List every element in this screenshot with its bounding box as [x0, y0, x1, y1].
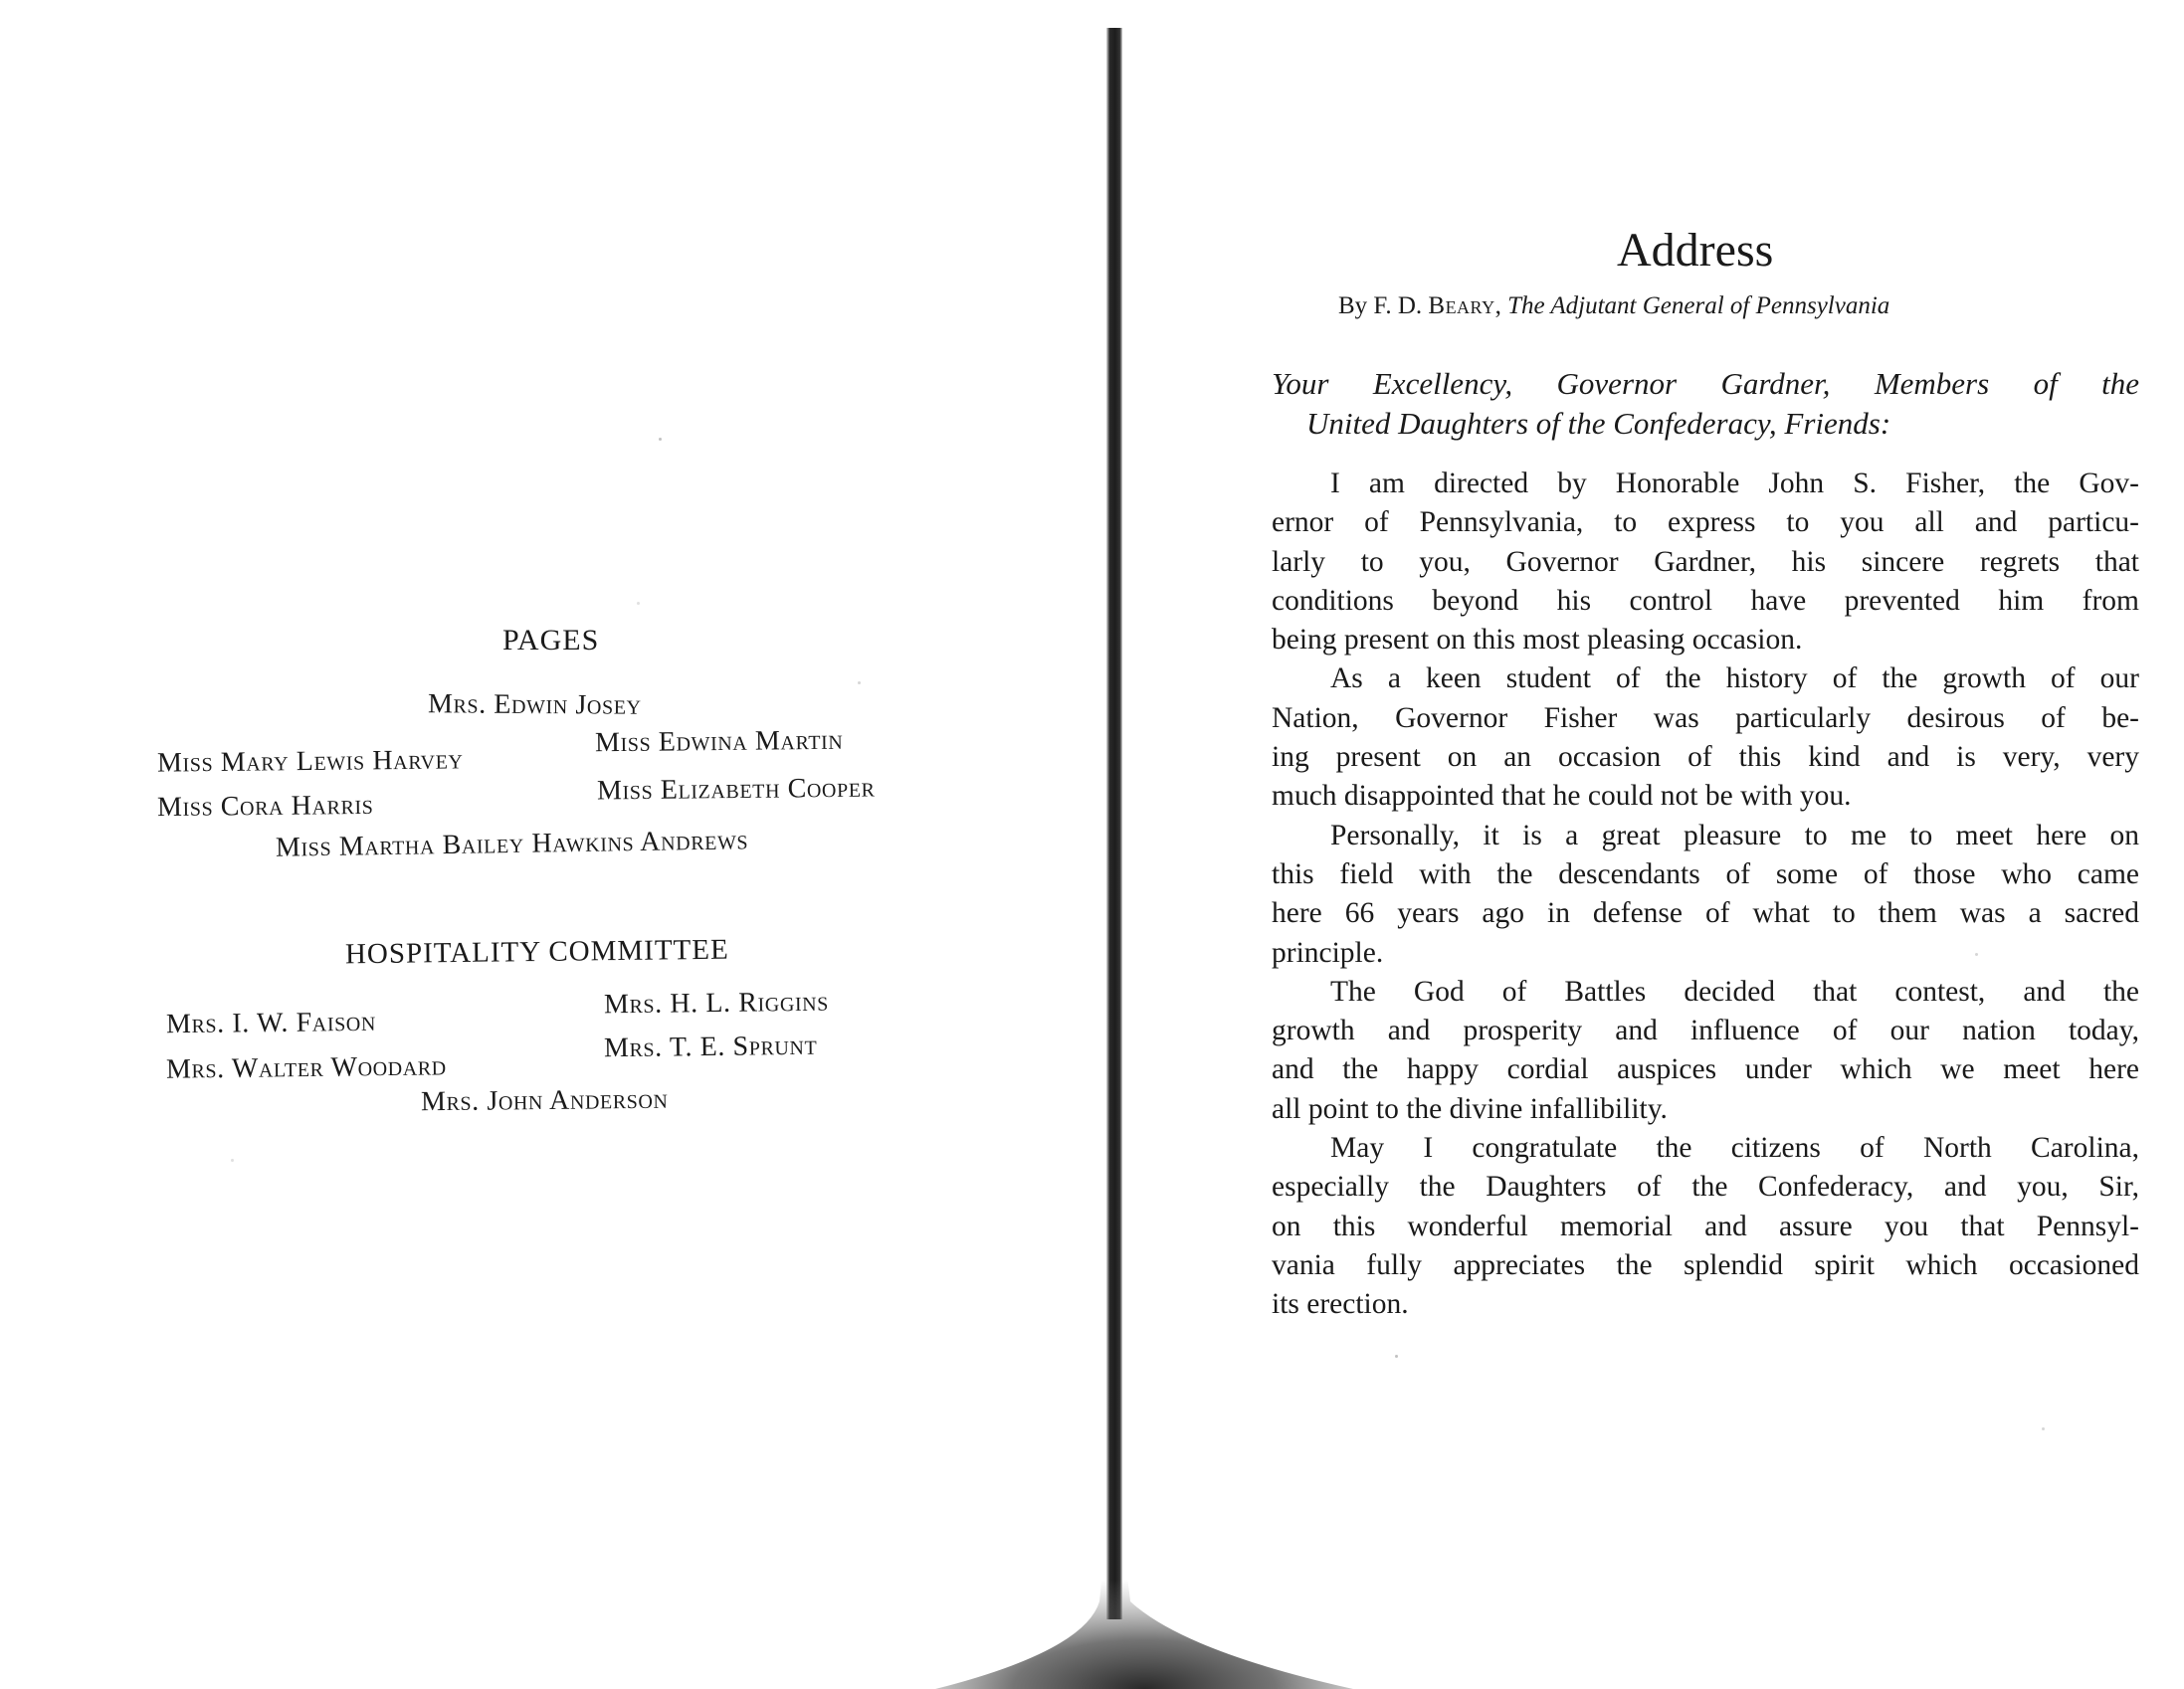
byline-separator: , [1495, 292, 1508, 319]
left-page: PAGES Mrs. Edwin Josey Miss Mary Lewis H… [0, 0, 1104, 1689]
committee-name: Mrs. T. E. Sprunt [604, 1032, 818, 1063]
paragraph-4: The God of Battles decided that contest,… [1272, 973, 2139, 1129]
address-body: I am directed by Honorable John S. Fishe… [1272, 465, 2139, 1325]
text-line: especially the Daughters of the Confeder… [1272, 1168, 2139, 1207]
paragraph-2: As a keen student of the history of the … [1272, 659, 2139, 816]
hospitality-heading: HOSPITALITY COMMITTEE [345, 936, 729, 970]
text-line: Personally, it is a great pleasure to me… [1272, 817, 2139, 855]
salutation-line-2: United Daughters of the Confederacy, Fri… [1272, 404, 2139, 444]
text-line: May I congratulate the citizens of North… [1272, 1129, 2139, 1168]
text-line: conditions beyond his control have preve… [1272, 582, 2139, 621]
address-title: Address [1617, 227, 1773, 275]
text-line: I am directed by Honorable John S. Fishe… [1272, 465, 2139, 503]
text-line: As a keen student of the history of the … [1272, 659, 2139, 698]
committee-name: Mrs. John Anderson [421, 1086, 669, 1117]
text-line: ing present on an occasion of this kind … [1272, 738, 2139, 777]
page-name: Miss Martha Bailey Hawkins Andrews [276, 827, 749, 861]
paragraph-1: I am directed by Honorable John S. Fishe… [1272, 465, 2139, 659]
page-name: Miss Mary Lewis Harvey [157, 746, 464, 777]
scan-speck [858, 681, 861, 684]
text-line: this field with the descendants of some … [1272, 855, 2139, 894]
page-name: Mrs. Edwin Josey [428, 690, 642, 719]
scan-speck [2042, 1427, 2045, 1430]
text-line: much disappointed that he could not be w… [1272, 777, 2139, 816]
byline-role: The Adjutant General of Pennsylvania [1507, 292, 1889, 319]
salutation: Your Excellency, Governor Gardner, Membe… [1272, 364, 2139, 444]
text-line: here 66 years ago in defense of what to … [1272, 894, 2139, 933]
paragraph-5: May I congratulate the citizens of North… [1272, 1129, 2139, 1324]
page-name: Miss Cora Harris [157, 792, 374, 822]
salutation-line-1: Your Excellency, Governor Gardner, Membe… [1272, 364, 2139, 404]
scan-speck [1975, 953, 1978, 956]
text-line: being present on this most pleasing occa… [1272, 621, 2139, 659]
paragraph-3: Personally, it is a great pleasure to me… [1272, 817, 2139, 973]
scan-speck [231, 1159, 234, 1162]
committee-name: Mrs. I. W. Faison [166, 1009, 376, 1039]
book-spine-shadow [1106, 28, 1122, 1619]
text-line: growth and prosperity and influence of o… [1272, 1012, 2139, 1050]
text-line: The God of Battles decided that contest,… [1272, 973, 2139, 1012]
scan-speck [659, 438, 662, 441]
text-line: on this wonderful memorial and assure yo… [1272, 1208, 2139, 1246]
scan-speck [1395, 1355, 1398, 1358]
text-line: its erection. [1272, 1285, 2139, 1324]
scan-speck [637, 602, 640, 605]
text-line: vania fully appreciates the splendid spi… [1272, 1246, 2139, 1285]
page-name: Miss Edwina Martin [595, 727, 844, 758]
text-line: and the happy cordial auspices under whi… [1272, 1050, 2139, 1089]
byline-prefix: By F. D. [1338, 292, 1428, 319]
pages-heading: PAGES [502, 626, 599, 656]
text-line: larly to you, Governor Gardner, his sinc… [1272, 543, 2139, 582]
text-line: Nation, Governor Fisher was particularly… [1272, 699, 2139, 738]
page-name: Miss Elizabeth Cooper [597, 775, 876, 806]
committee-name: Mrs. Walter Woodard [166, 1052, 447, 1083]
committee-name: Mrs. H. L. Riggins [604, 989, 829, 1020]
byline-author: Beary [1428, 292, 1494, 319]
byline: By F. D. Beary, The Adjutant General of … [1338, 293, 1889, 318]
text-line: principle. [1272, 934, 2139, 973]
text-line: all point to the divine infallibility. [1272, 1090, 2139, 1129]
text-line: ernor of Pennsylvania, to express to you… [1272, 503, 2139, 542]
